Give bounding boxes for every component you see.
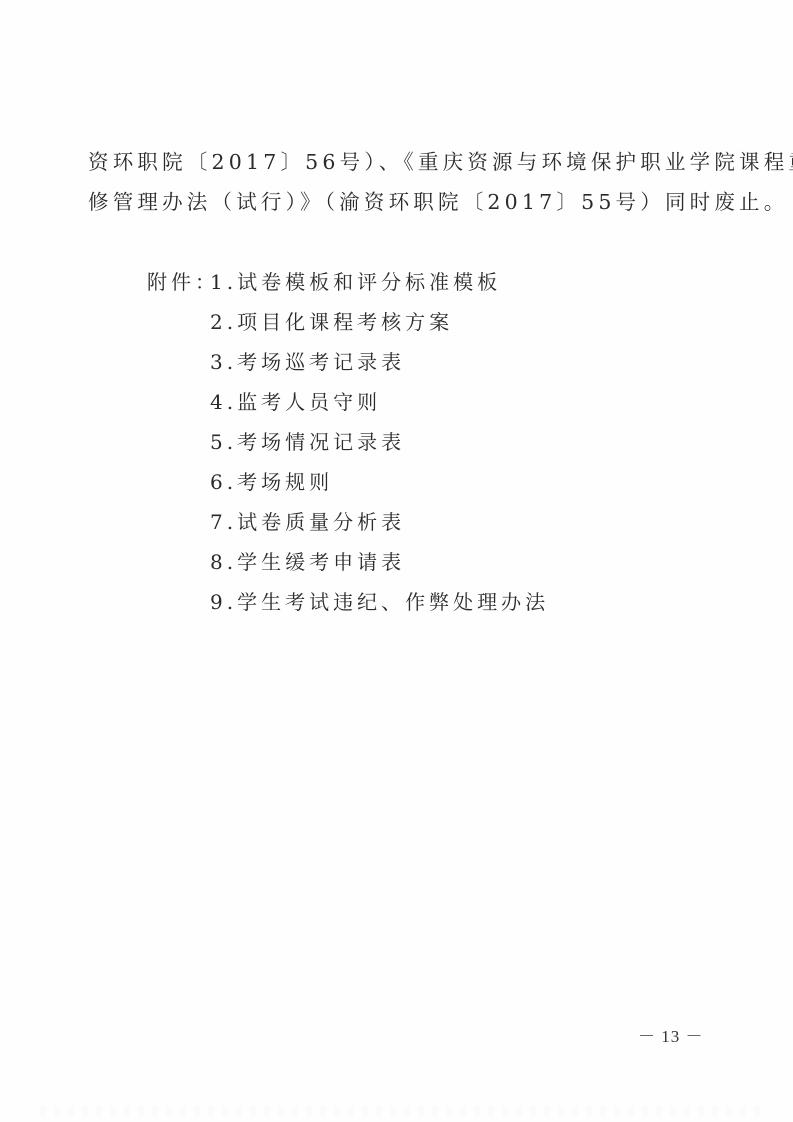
attachment-item: 5.考场情况记录表 — [210, 428, 549, 468]
scan-artifacts — [40, 1106, 760, 1116]
page-number: － 13 － — [638, 1022, 704, 1047]
body-text-line-1: 资环职院〔2017〕56号）、《重庆资源与环境保护职业学院课程重 — [88, 148, 793, 176]
attachments-list: 1.试卷模板和评分标准模板 2.项目化课程考核方案 3.考场巡考记录表 4.监考… — [210, 268, 549, 628]
body-text-line-2: 修管理办法（试行）》（渝资环职院〔2017〕55号）同时废止。 — [88, 188, 788, 216]
attachment-item: 1.试卷模板和评分标准模板 — [210, 268, 549, 308]
attachment-item: 3.考场巡考记录表 — [210, 348, 549, 388]
attachment-item: 2.项目化课程考核方案 — [210, 308, 549, 348]
attachments-label: 附件： — [147, 268, 219, 296]
attachment-item: 8.学生缓考申请表 — [210, 548, 549, 588]
attachment-item: 7.试卷质量分析表 — [210, 508, 549, 548]
document-page: 资环职院〔2017〕56号）、《重庆资源与环境保护职业学院课程重 修管理办法（试… — [0, 0, 793, 1122]
attachment-item: 6.考场规则 — [210, 468, 549, 508]
attachment-item: 4.监考人员守则 — [210, 388, 549, 428]
attachment-item: 9.学生考试违纪、作弊处理办法 — [210, 588, 549, 628]
